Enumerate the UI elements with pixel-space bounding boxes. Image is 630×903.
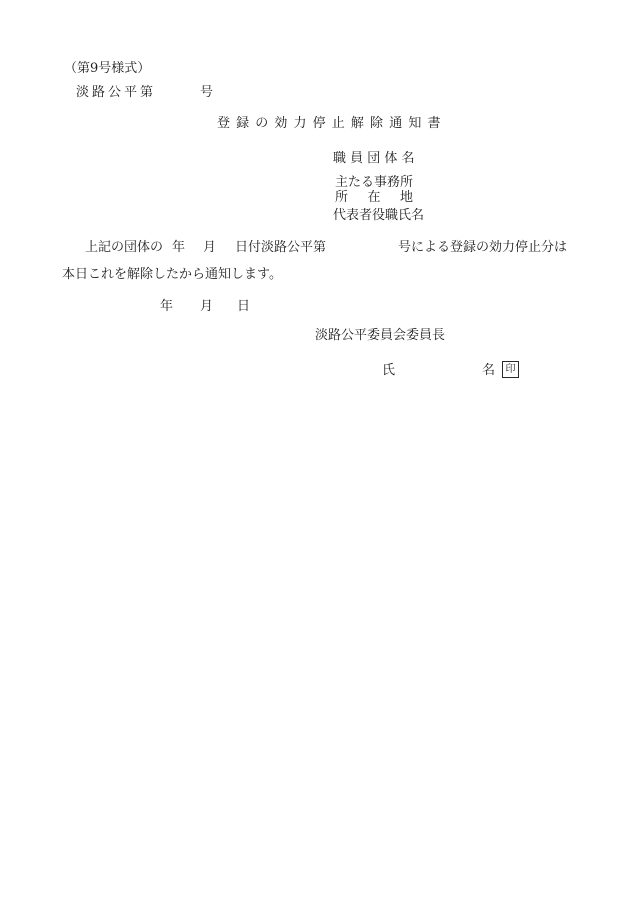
office-char-3: 地 bbox=[400, 191, 413, 204]
document-title: 登 録 の 効 力 停 止 解 除 通 知 書 bbox=[217, 117, 441, 130]
doc-number-prefix: 淡路公平第 bbox=[76, 86, 156, 99]
org-name-label: 職 員 団 体 名 bbox=[333, 152, 415, 165]
office-label-line1: 主たる事務所 bbox=[335, 176, 413, 189]
family-name-label: 氏 bbox=[382, 364, 395, 377]
document-page: （第9号様式） 淡路公平第 号 登 録 の 効 力 停 止 解 除 通 知 書 … bbox=[0, 0, 630, 903]
seal-mark: 印 bbox=[502, 361, 519, 378]
body-line1-tail: 号による登録の効力停止分は bbox=[398, 241, 567, 254]
body-line2: 本日これを解除したから通知します。 bbox=[62, 268, 282, 281]
office-char-1: 所 bbox=[335, 191, 348, 204]
representative-label: 代表者役職氏名 bbox=[333, 209, 424, 222]
office-label-line2: 所 在 地 bbox=[335, 191, 413, 204]
doc-number-unit: 号 bbox=[200, 86, 213, 99]
form-style-label: （第9号様式） bbox=[64, 62, 150, 75]
office-char-2: 在 bbox=[367, 191, 380, 204]
body-line1-month-label: 月 bbox=[203, 241, 216, 254]
date-month-label: 月 bbox=[200, 300, 213, 313]
date-year-label: 年 bbox=[160, 300, 173, 313]
date-day-label: 日 bbox=[237, 300, 250, 313]
seal-character: 印 bbox=[506, 365, 516, 375]
given-name-label: 名 bbox=[482, 364, 495, 377]
body-line1-date-doc: 日付淡路公平第 bbox=[235, 241, 326, 254]
body-line1-intro: 上記の団体の bbox=[85, 241, 163, 254]
body-line1-year-label: 年 bbox=[172, 241, 185, 254]
issuer-title: 淡路公平委員会委員長 bbox=[315, 329, 445, 342]
